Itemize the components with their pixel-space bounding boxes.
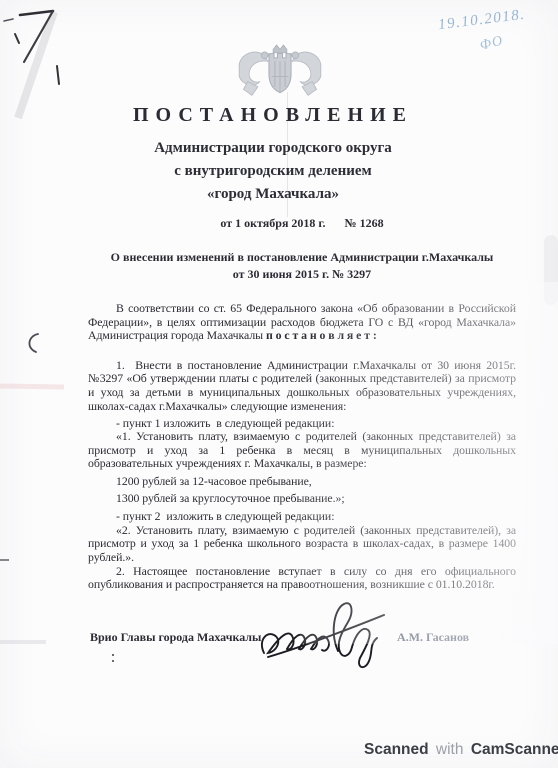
signatory-name: А.М. Гасанов xyxy=(397,630,469,645)
paragraph-item-1: 1. Внести в постановление Администрации … xyxy=(88,359,516,413)
doc-date: от 1 октября 2018 г. xyxy=(220,216,325,230)
doc-number: № 1268 xyxy=(345,216,384,230)
subject-heading: О внесении изменений в постановление Адм… xyxy=(88,249,516,283)
paragraph-quote-1: «1. Установить плату, взимаемую с родите… xyxy=(88,430,516,471)
subject-line-2: от 30 июня 2015 г. № 3297 xyxy=(88,266,516,283)
camscanner-watermark: Scanned with CamScanner xyxy=(364,741,558,759)
watermark-word-scanned: Scanned xyxy=(364,741,429,758)
doc-date-number-row: от 1 октября 2018 г. № 1268 xyxy=(88,216,516,231)
handwritten-signature-icon xyxy=(258,595,398,677)
document-body: В соответствии со ст. 65 Федерального за… xyxy=(88,302,516,592)
document-header: ПОСТАНОВЛЕНИЕ Администрации городского о… xyxy=(0,102,546,206)
edge-pen-dash xyxy=(0,559,9,561)
scan-smudge xyxy=(544,235,558,305)
watermark-word-with: with xyxy=(436,741,464,758)
scanned-document-page: 19.10.2018. ФО ПОСТАНОВЛЕНИЕ Администрац… xyxy=(0,0,558,768)
paragraph-intro: В соответствии со ст. 65 Федерального за… xyxy=(88,302,516,343)
signatory-title: Врио Главы города Махачкалы xyxy=(90,630,261,645)
handwritten-date: 19.10.2018. xyxy=(438,7,527,35)
watermark-word-camscanner: CamScanner xyxy=(471,741,558,758)
handwritten-initials: ФО xyxy=(479,33,506,54)
resolves-emphasis: п о с т а н о в л я е т : xyxy=(266,328,377,342)
signature-block: Врио Главы города Махачкалы А.М. Гасанов xyxy=(0,622,558,708)
org-name-line-3: «город Махачкала» xyxy=(0,183,546,206)
stray-curl-mark xyxy=(22,330,52,360)
coat-of-arms-icon xyxy=(229,42,331,106)
org-name-line-2: с внутригородским делением xyxy=(0,160,546,183)
fee-line-2: 1300 рублей за круглосуточное пребывание… xyxy=(88,492,516,506)
subject-line-1: О внесении изменений в постановление Адм… xyxy=(88,249,516,266)
org-name-line-1: Администрации городского округа xyxy=(0,137,546,160)
scan-streak xyxy=(0,383,64,389)
paragraph-subitem-2: - пункт 2 изложить в следующей редакции: xyxy=(88,510,516,524)
paragraph-subitem-1: - пункт 1 изложить в следующей редакции: xyxy=(88,417,516,431)
paragraph-item-2: 2. Настоящее постановление вступает в си… xyxy=(88,565,516,592)
paragraph-quote-2: «2. Установить плату, взимаемую с родите… xyxy=(88,524,516,565)
doc-type-title: ПОСТАНОВЛЕНИЕ xyxy=(0,102,546,128)
fee-line-1: 1200 рублей за 12-часовое пребывание, xyxy=(88,475,516,489)
